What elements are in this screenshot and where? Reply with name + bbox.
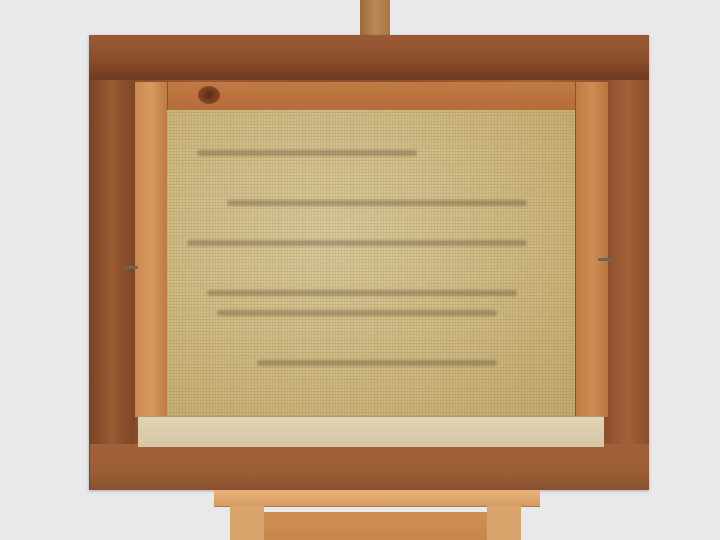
easel-tray bbox=[214, 490, 540, 507]
easel-right-leg bbox=[487, 506, 521, 540]
frame-top-rail bbox=[89, 35, 649, 80]
frame-left-rail bbox=[89, 80, 135, 444]
wood-knot bbox=[198, 86, 220, 104]
canvas-stain bbox=[207, 290, 517, 296]
canvas-turnover-edge bbox=[138, 416, 604, 447]
stretcher-top-bar bbox=[164, 82, 576, 111]
left-screw-eye-icon bbox=[124, 266, 138, 269]
canvas-stain bbox=[187, 240, 527, 246]
frame-bottom-rail bbox=[90, 444, 649, 490]
canvas-stain bbox=[227, 200, 527, 206]
stretcher-right-bar bbox=[575, 82, 608, 417]
frame-right-rail bbox=[605, 80, 649, 444]
canvas-stain bbox=[217, 310, 497, 316]
canvas-stain bbox=[257, 360, 497, 366]
stretcher-left-bar bbox=[135, 82, 168, 417]
canvas-stain bbox=[197, 150, 417, 156]
canvas-back bbox=[167, 110, 575, 416]
right-screw-eye-icon bbox=[598, 258, 612, 261]
easel-crossbar bbox=[264, 512, 487, 540]
easel-left-leg bbox=[230, 506, 264, 540]
easel-mast bbox=[360, 0, 390, 36]
